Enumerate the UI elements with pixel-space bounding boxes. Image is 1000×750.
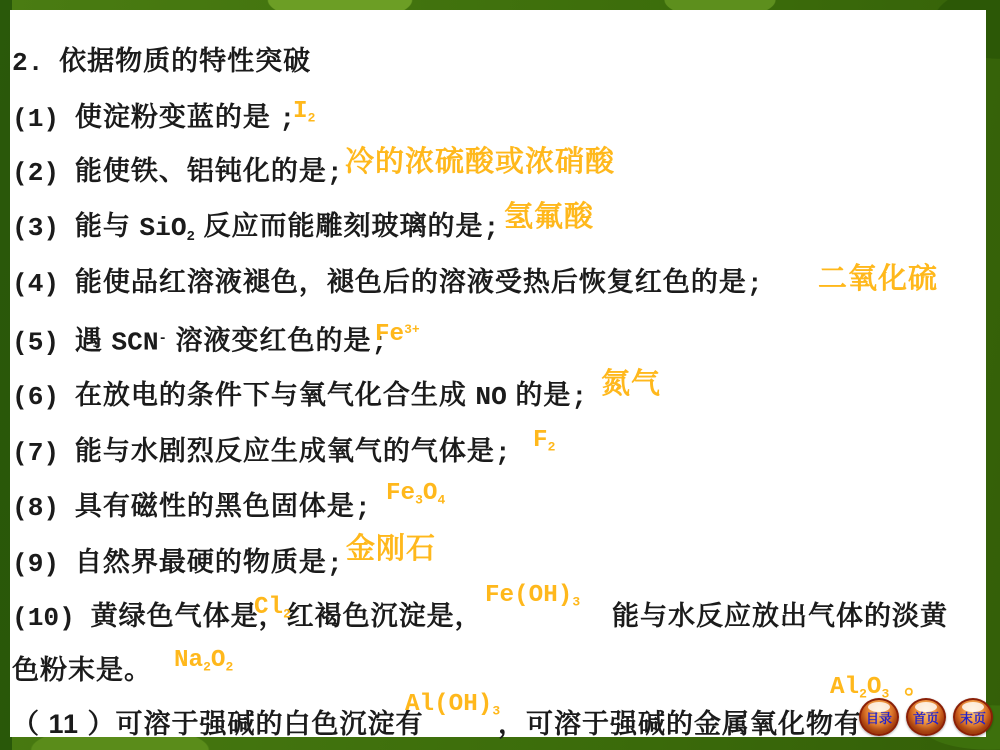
presentation-slide-background: 2. 依据物质的特性突破 (1) 使淀粉变蓝的是 ; (2) 能使铁、铝钝化的是… (0, 0, 1000, 750)
slide-title: 2. 依据物质的特性突破 (12, 46, 311, 79)
slide-panel: 2. 依据物质的特性突破 (1) 使淀粉变蓝的是 ; (2) 能使铁、铝钝化的是… (10, 10, 986, 737)
question-1: (1) 使淀粉变蓝的是 ; (12, 102, 295, 135)
nav-home-label: 首页 (913, 708, 939, 727)
nav-home-button[interactable]: 首页 (906, 698, 946, 736)
answer-10-chlorine: Cl2 (254, 592, 291, 630)
answer-6-nitrogen: 氮气 (601, 369, 661, 399)
answer-10-sodium-peroxide: Na2O2 (174, 645, 233, 683)
answer-1-iodine: I2 (293, 96, 315, 134)
question-4: (4) 能使品红溶液褪色，褪色后的溶液受热后恢复红色的是; (12, 267, 763, 300)
question-10-part1: (10) 黄绿色气体是，红褐色沉淀是， (12, 601, 483, 634)
question-10-part3: 色粉末是。 (12, 655, 152, 686)
question-8: (8) 具有磁性的黑色固体是; (12, 491, 371, 524)
question-6: (6) 在放电的条件下与氧气化合生成 NO 的是; (12, 380, 587, 413)
nav-last-button[interactable]: 末页 (953, 698, 993, 736)
answer-7-fluorine: F2 (533, 425, 555, 463)
nav-toc-label: 目录 (866, 708, 892, 727)
answer-3-hydrofluoric-acid: 氢氟酸 (504, 202, 594, 232)
answer-9-diamond: 金刚石 (346, 534, 436, 564)
answer-10-ferric-hydroxide: Fe(OH)3 (485, 580, 580, 618)
question-11-part2: ，可溶于强碱的金属氧化物有 (498, 709, 862, 740)
question-7: (7) 能与水剧烈反应生成氧气的气体是; (12, 436, 511, 469)
question-3: (3) 能与 SiO2 反应而能雕刻玻璃的是; (12, 211, 499, 253)
answer-11-aluminium-hydroxide: Al(OH)3 (405, 689, 500, 727)
nav-last-label: 末页 (960, 708, 986, 727)
answer-2-cold-acids: 冷的浓硫酸或浓硝酸 (345, 147, 615, 177)
answer-4-sulfur-dioxide: 二氧化硫 (818, 264, 938, 294)
question-2: (2) 能使铁、铝钝化的是; (12, 156, 343, 189)
question-5: (5) 遇 SCN- 溶液变红色的是; (12, 324, 387, 359)
answer-8-magnetite: Fe3O4 (386, 478, 445, 516)
question-10-part2: 能与水反应放出气体的淡黄 (612, 601, 948, 632)
question-11-part1: （ 11 ）可溶于强碱的白色沉淀有 (12, 709, 424, 740)
nav-toc-button[interactable]: 目录 (859, 698, 899, 736)
answer-5-ferric-ion: Fe3+ (375, 315, 420, 350)
question-9: (9) 自然界最硬的物质是; (12, 547, 343, 580)
